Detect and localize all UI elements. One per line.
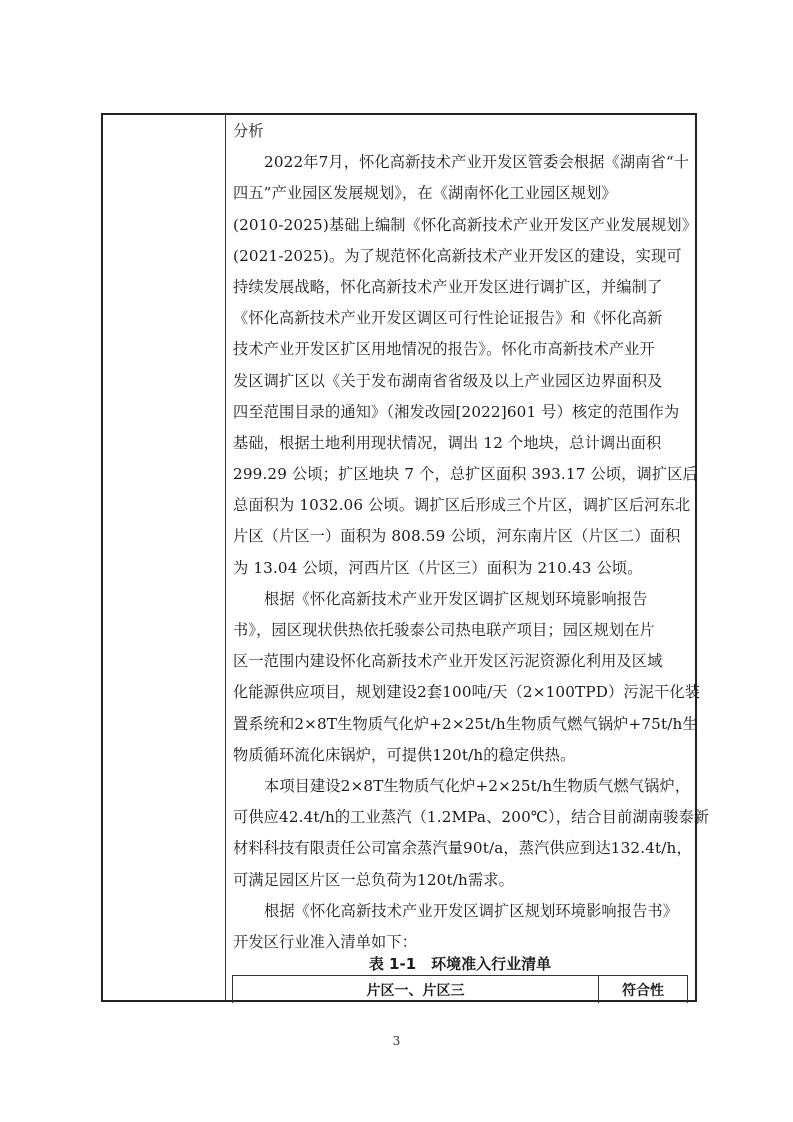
text-line: 可供应42.4t/h的工业蒸汽（1.2MPa、200℃），结合目前湖南骏泰新 bbox=[233, 802, 688, 833]
text-line: 总面积为 1032.06 公顷。调扩区后形成三个片区，调扩区后河东北 bbox=[233, 490, 688, 521]
text-line: 持续发展战略，怀化高新技术产业开发区进行调扩区，并编制了 bbox=[233, 272, 688, 303]
text-line: 四五”产业园区发展规划》，在《湖南怀化工业园区规划》 bbox=[233, 178, 688, 209]
text-line: (2021-2025)。为了规范怀化高新技术产业开发区的建设，实现可 bbox=[233, 241, 688, 272]
text-line: 基础，根据土地利用现状情况，调出 12 个地块，总计调出面积 bbox=[233, 428, 688, 459]
text-line: 发区调扩区以《关于发布湖南省省级及以上产业园区边界面积及 bbox=[233, 366, 688, 397]
text-line: 根据《怀化高新技术产业开发区调扩区规划环境影响报告 bbox=[233, 584, 688, 615]
text-line: 化能源供应项目，规划建设2套100吨/天（2×100TPD）污泥干化装 bbox=[233, 677, 688, 708]
page-number: 3 bbox=[0, 1034, 793, 1048]
text-line: 根据《怀化高新技术产业开发区调扩区规划环境影响报告书》 bbox=[233, 896, 688, 927]
text-line: 2022年7月，怀化高新技术产业开发区管委会根据《湖南省“十 bbox=[233, 147, 688, 178]
table-header-compliance: 符合性 bbox=[599, 976, 687, 1003]
text-line: 为 13.04 公顷，河西片区（片区三）面积为 210.43 公顷。 bbox=[233, 553, 688, 584]
text-line: 四至范围目录的通知》（湘发改园[2022]601 号）核定的范围作为 bbox=[233, 397, 688, 428]
text-line: (2010-2025)基础上编制《怀化高新技术产业开发区产业发展规划》 bbox=[233, 210, 688, 241]
text-line: 《怀化高新技术产业开发区调区可行性论证报告》和《怀化高新 bbox=[233, 303, 688, 334]
text-line: 区一范围内建设怀化高新技术产业开发区污泥资源化利用及区域 bbox=[233, 646, 688, 677]
text-line: 材料科技有限责任公司富余蒸汽量90t/a，蒸汽供应到达132.4t/h， bbox=[233, 833, 688, 864]
text-line: 分析 bbox=[233, 116, 688, 147]
document-body: 分析 2022年7月，怀化高新技术产业开发区管委会根据《湖南省“十 四五”产业园… bbox=[233, 116, 688, 958]
column-divider bbox=[225, 113, 226, 1002]
text-line: 片区（片区一）面积为 808.59 公顷，河东南片区（片区二）面积 bbox=[233, 521, 688, 552]
industry-access-table: 片区一、片区三 符合性 bbox=[232, 975, 688, 1003]
text-line: 书》，园区现状供热依托骏泰公司热电联产项目；园区规划在片 bbox=[233, 615, 688, 646]
text-line: 299.29 公顷；扩区地块 7 个，总扩区面积 393.17 公顷，调扩区后 bbox=[233, 459, 688, 490]
table-caption: 表 1-1 环境准入行业清单 bbox=[232, 953, 688, 975]
text-line: 物质循环流化床锅炉，可提供120t/h的稳定供热。 bbox=[233, 740, 688, 771]
text-line: 置系统和2×8T生物质气化炉+2×25t/h生物质气燃气锅炉+75t/h生 bbox=[233, 709, 688, 740]
text-line: 可满足园区片区一总负荷为120t/h需求。 bbox=[233, 865, 688, 896]
text-line: 本项目建设2×8T生物质气化炉+2×25t/h生物质气燃气锅炉， bbox=[233, 771, 688, 802]
text-line: 技术产业开发区扩区用地情况的报告》。怀化市高新技术产业开 bbox=[233, 334, 688, 365]
table-header-zones: 片区一、片区三 bbox=[233, 976, 599, 1003]
